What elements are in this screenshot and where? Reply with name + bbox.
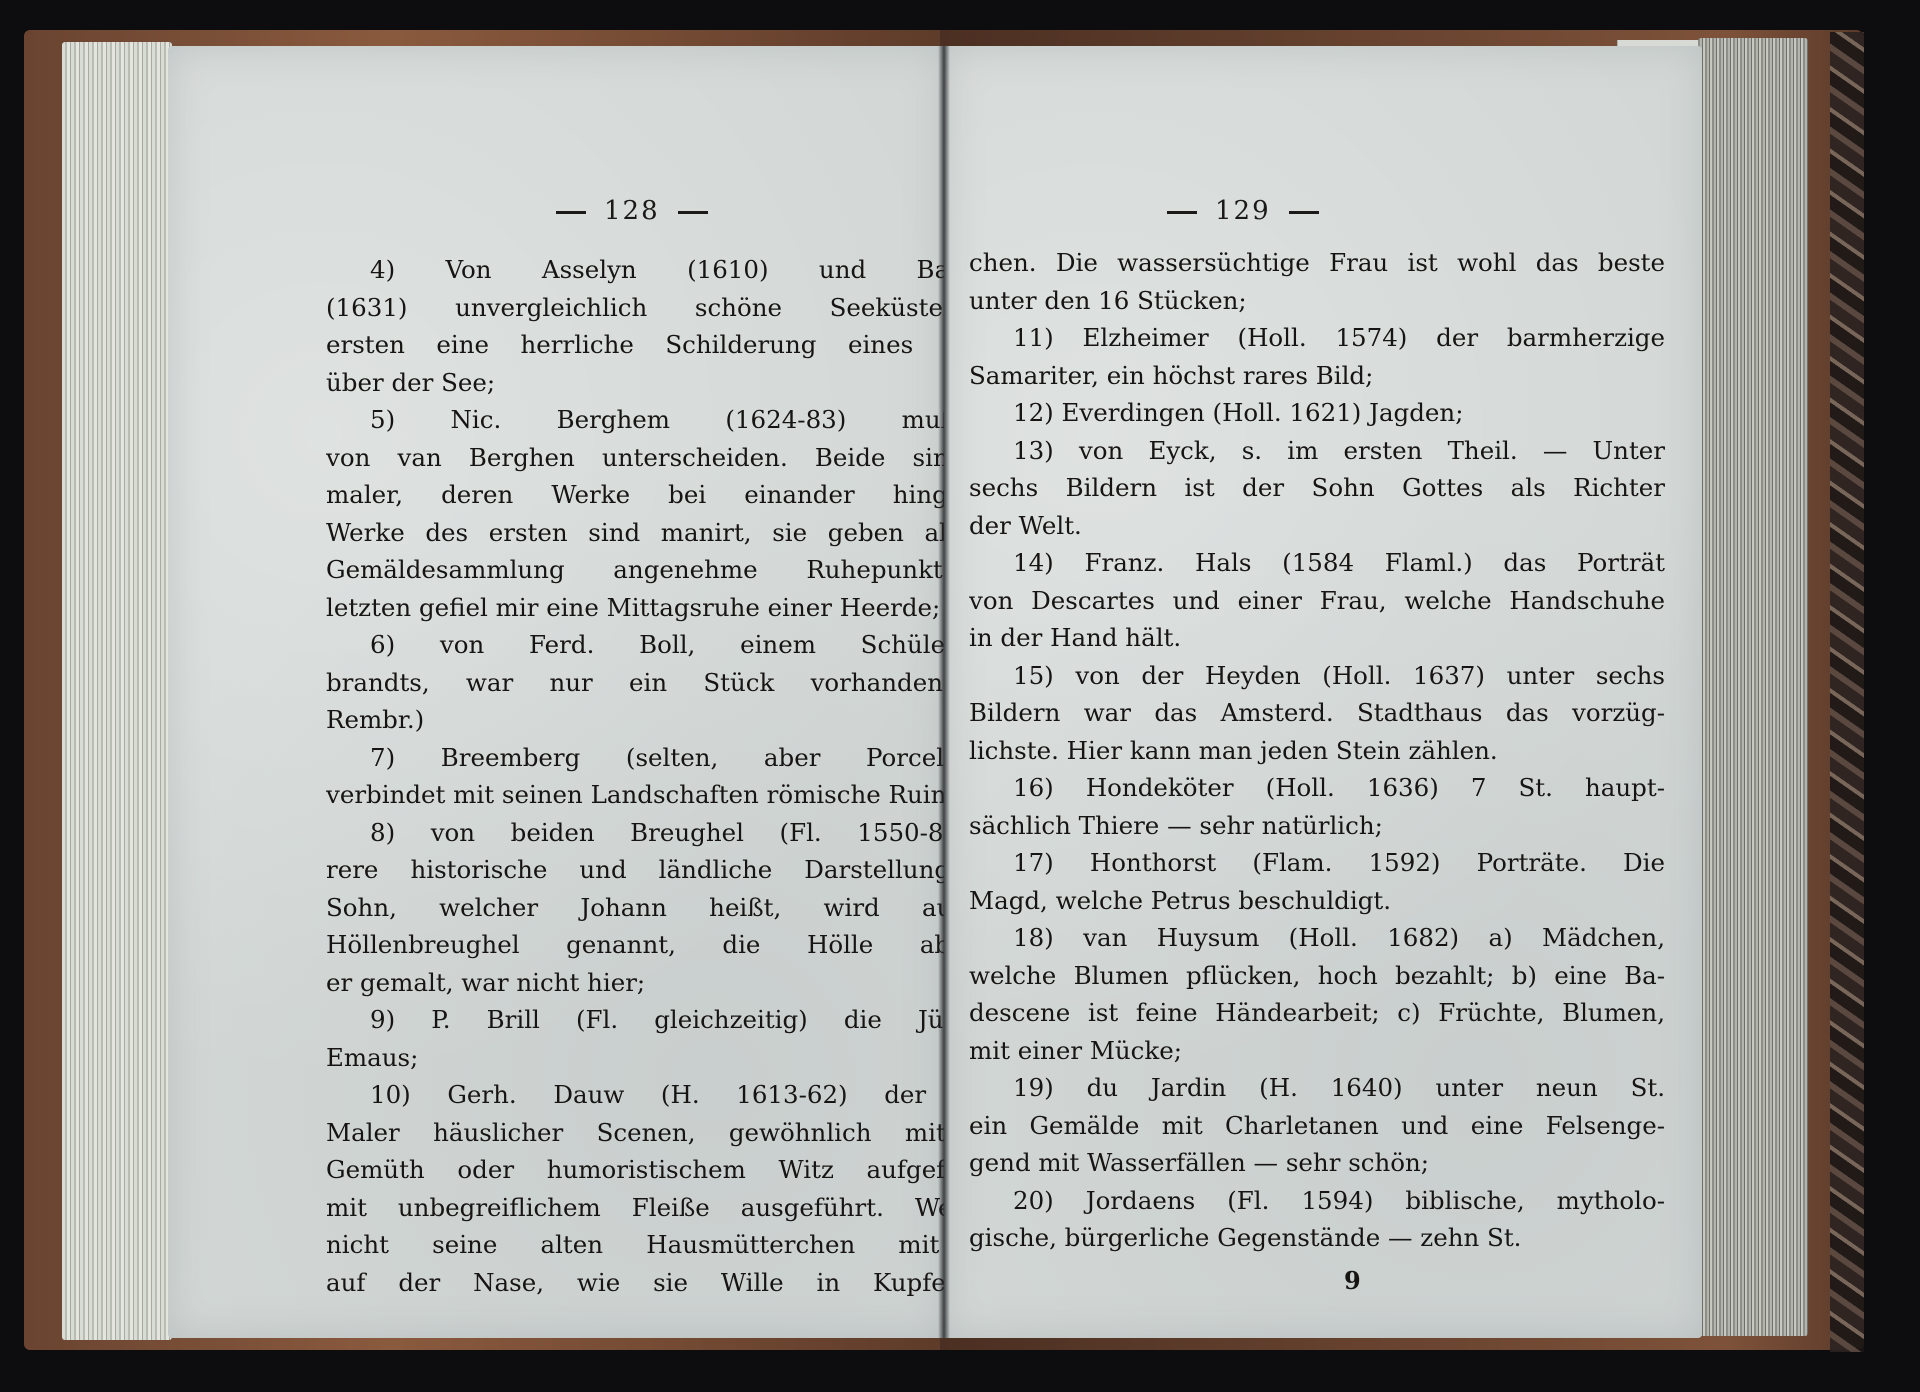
text-line: unter den 16 Stücken;	[969, 282, 1665, 320]
text-line: descene ist feine Händearbeit; c) Frücht…	[969, 994, 1665, 1032]
text-line: 19) du Jardin (H. 1640) unter neun St.	[969, 1069, 1665, 1107]
book-gutter	[938, 46, 950, 1338]
text-line: Magd, welche Petrus beschuldigt.	[969, 882, 1665, 920]
text-line: gend mit Wasserfällen — sehr schön;	[969, 1144, 1665, 1182]
left-page: 128 4) Von Asselyn (1610) und Backhuysen…	[168, 46, 944, 1338]
text-line: in der Hand hält.	[969, 619, 1665, 657]
dash-left	[1167, 211, 1197, 214]
text-line: chen. Die wassersüchtige Frau ist wohl d…	[969, 244, 1665, 282]
page-edges-right	[1698, 38, 1808, 1336]
text-line: ein Gemälde mit Charletanen und eine Fel…	[969, 1107, 1665, 1145]
text-line: sechs Bildern ist der Sohn Gottes als Ri…	[969, 469, 1665, 507]
text-line: 12) Everdingen (Holl. 1621) Jagden;	[969, 394, 1665, 432]
text-line: sächlich Thiere — sehr natürlich;	[969, 807, 1665, 845]
text-line: Bildern war das Amsterd. Stadthaus das v…	[969, 694, 1665, 732]
text-line: 13) von Eyck, s. im ersten Theil. — Unte…	[969, 432, 1665, 470]
dash-left	[556, 211, 586, 214]
page-number-right: 129	[1149, 196, 1337, 226]
text-line: Samariter, ein höchst rares Bild;	[969, 357, 1665, 395]
text-line: 15) von der Heyden (Holl. 1637) unter se…	[969, 657, 1665, 695]
text-line: 16) Hondeköter (Holl. 1636) 7 St. haupt-	[969, 769, 1665, 807]
text-line: 14) Franz. Hals (1584 Flaml.) das Porträ…	[969, 544, 1665, 582]
text-line: lichste. Hier kann man jeden Stein zähle…	[969, 732, 1665, 770]
text-line: 11) Elzheimer (Holl. 1574) der barmherzi…	[969, 319, 1665, 357]
page-number-left: 128	[538, 196, 726, 226]
text-line: 20) Jordaens (Fl. 1594) biblische, mytho…	[969, 1182, 1665, 1220]
right-page: 129 chen. Die wassersüchtige Frau ist wo…	[944, 46, 1702, 1338]
text-line: gische, bürgerliche Gegenstände — zehn S…	[969, 1219, 1665, 1257]
signature-mark: 9	[1344, 1266, 1361, 1295]
dash-right	[1289, 211, 1319, 214]
text-line: 18) van Huysum (Holl. 1682) a) Mädchen,	[969, 919, 1665, 957]
dash-right	[678, 211, 708, 214]
text-line: welche Blumen pflücken, hoch bezahlt; b)…	[969, 957, 1665, 995]
text-line: mit einer Mücke;	[969, 1032, 1665, 1070]
page-edges-left	[62, 42, 172, 1340]
right-page-text: chen. Die wassersüchtige Frau ist wohl d…	[969, 244, 1665, 1257]
text-line: von Descartes und einer Frau, welche Han…	[969, 582, 1665, 620]
text-line: der Welt.	[969, 507, 1665, 545]
text-line: 17) Honthorst (Flam. 1592) Porträte. Die	[969, 844, 1665, 882]
marbled-board	[1830, 32, 1864, 1352]
